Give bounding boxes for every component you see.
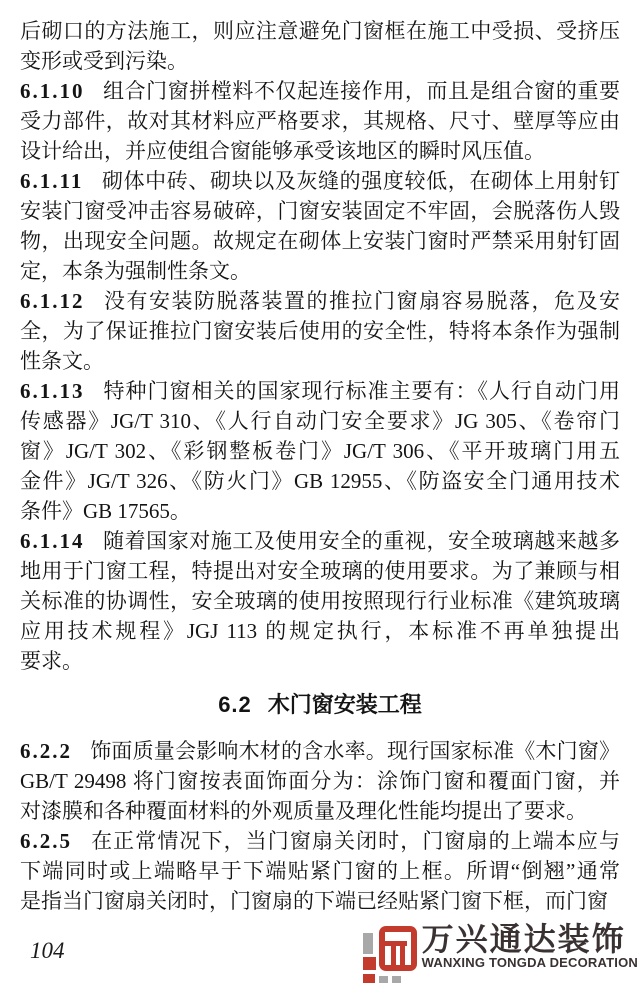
clause-number: 6.2.5 xyxy=(20,829,72,853)
text-line: 地用于门窗工程，特提出对安全玻璃的使用要求。为了兼顾与相 xyxy=(20,556,620,586)
logo-text-block: 万兴通达装饰 WANXING TONGDA DECORATION xyxy=(422,922,638,970)
line-text: 设计给出，并应使组合窗能够承受该地区的瞬时风压值。 xyxy=(20,139,545,163)
line-text: 全，为了保证推拉门窗安装后使用的安全性，特将本条作为强制 xyxy=(20,319,620,343)
line-text: 下端同时或上端略早于下端贴紧门窗的上框。所谓“倒翘”通常 xyxy=(20,859,620,883)
text-line: 物，出现安全问题。故规定在砌体上安装门窗时严禁采用射钉固 xyxy=(20,226,620,256)
text-line: 要求。 xyxy=(20,646,620,676)
line-text: 窗》JG/T 302、《彩钢整板卷门》JG/T 306、《平开玻璃门用五 xyxy=(20,439,620,463)
line-text: 特种门窗相关的国家现行标准主要有：《人行自动门用 xyxy=(103,379,621,403)
text-line: 下端同时或上端略早于下端贴紧门窗的上框。所谓“倒翘”通常 xyxy=(20,856,620,886)
clause-number: 6.1.10 xyxy=(20,79,85,103)
clause-number: 6.1.11 xyxy=(20,169,83,193)
section-heading-title: 木门窗安装工程 xyxy=(268,692,422,717)
line-text: 应用技术规程》JGJ 113 的规定执行，本标准不再单独提出 xyxy=(20,619,620,643)
text-line: 性条文。 xyxy=(20,346,620,376)
text-line: 窗》JG/T 302、《彩钢整板卷门》JG/T 306、《平开玻璃门用五 xyxy=(20,436,620,466)
paragraph-6.1.10: 6.1.10组合门窗拼樘料不仅起连接作用，而且是组合窗的重要受力部件，故对其材料… xyxy=(20,76,620,166)
paragraph-6.2.5: 6.2.5在正常情况下，当门窗扇关闭时，门窗扇的上端本应与下端同时或上端略早于下… xyxy=(20,826,620,916)
text-line: 设计给出，并应使组合窗能够承受该地区的瞬时风压值。 xyxy=(20,136,620,166)
text-line: 6.2.5在正常情况下，当门窗扇关闭时，门窗扇的上端本应与 xyxy=(20,826,620,856)
clause-number: 6.1.14 xyxy=(20,529,85,553)
text-line: 是指当门窗扇关闭时，门窗扇的下端已经贴紧门窗下框，而门窗 xyxy=(20,886,620,916)
document-page: 后砌口的方法施工，则应注意避免门窗框在施工中受损、受挤压变形或受到污染。6.1.… xyxy=(0,0,640,916)
line-text: 受力部件，故对其材料应严格要求，其规格、尺寸、壁厚等应由 xyxy=(20,109,620,133)
clause-number: 6.2.2 xyxy=(20,739,72,763)
text-line: 6.1.10组合门窗拼樘料不仅起连接作用，而且是组合窗的重要 xyxy=(20,76,620,106)
wanxing-tongda-logo-icon xyxy=(363,926,417,988)
text-line: 应用技术规程》JGJ 113 的规定执行，本标准不再单独提出 xyxy=(20,616,620,646)
line-text: 条件》GB 17565。 xyxy=(20,499,191,523)
clause-number: 6.1.12 xyxy=(20,289,85,313)
line-text: 对漆膜和各种覆面材料的外观质量及理化性能均提出了要求。 xyxy=(20,799,587,823)
paragraph-continued: 后砌口的方法施工，则应注意避免门窗框在施工中受损、受挤压变形或受到污染。 xyxy=(20,16,620,76)
text-line: GB/T 29498 将门窗按表面饰面分为：涂饰门窗和覆面门窗，并 xyxy=(20,766,620,796)
logo-english-name: WANXING TONGDA DECORATION xyxy=(422,956,638,970)
page-number: 104 xyxy=(30,938,65,964)
text-line: 对漆膜和各种覆面材料的外观质量及理化性能均提出了要求。 xyxy=(20,796,620,826)
paragraph-6.1.13: 6.1.13特种门窗相关的国家现行标准主要有：《人行自动门用传感器》JG/T 3… xyxy=(20,376,620,526)
section-heading-number: 6.2 xyxy=(218,692,252,717)
company-logo: 万兴通达装饰 WANXING TONGDA DECORATION xyxy=(363,922,638,988)
line-text: 变形或受到污染。 xyxy=(20,49,188,73)
line-text: 定，本条为强制性条文。 xyxy=(20,259,251,283)
line-text: 饰面质量会影响木材的含水率。现行国家标准《木门窗》 xyxy=(90,739,620,763)
line-text: 在正常情况下，当门窗扇关闭时，门窗扇的上端本应与 xyxy=(90,829,620,853)
text-line: 6.1.13特种门窗相关的国家现行标准主要有：《人行自动门用 xyxy=(20,376,620,406)
line-text: 金件》JG/T 326、《防火门》GB 12955、《防盗安全门通用技术 xyxy=(20,469,620,493)
paragraph-6.1.11: 6.1.11砌体中砖、砌块以及灰缝的强度较低，在砌体上用射钉安装门窗受冲击容易破… xyxy=(20,166,620,286)
text-line: 6.1.11砌体中砖、砌块以及灰缝的强度较低，在砌体上用射钉 xyxy=(20,166,620,196)
text-line: 定，本条为强制性条文。 xyxy=(20,256,620,286)
text-line: 全，为了保证推拉门窗安装后使用的安全性，特将本条作为强制 xyxy=(20,316,620,346)
text-line: 6.1.14随着国家对施工及使用安全的重视，安全玻璃越来越多 xyxy=(20,526,620,556)
paragraph-6.1.14: 6.1.14随着国家对施工及使用安全的重视，安全玻璃越来越多地用于门窗工程，特提… xyxy=(20,526,620,676)
line-text: 传感器》JG/T 310、《人行自动门安全要求》JG 305、《卷帘门 xyxy=(20,409,620,433)
text-line: 关标准的协调性，安全玻璃的使用按照现行行业标准《建筑玻璃 xyxy=(20,586,620,616)
line-text: 关标准的协调性，安全玻璃的使用按照现行行业标准《建筑玻璃 xyxy=(20,589,620,613)
text-line: 后砌口的方法施工，则应注意避免门窗框在施工中受损、受挤压 xyxy=(20,16,620,46)
text-line: 传感器》JG/T 310、《人行自动门安全要求》JG 305、《卷帘门 xyxy=(20,406,620,436)
line-text: 性条文。 xyxy=(20,349,104,373)
text-line: 6.2.2饰面质量会影响木材的含水率。现行国家标准《木门窗》 xyxy=(20,736,620,766)
paragraph-6.1.12: 6.1.12没有安装防脱落装置的推拉门窗扇容易脱落，危及安全，为了保证推拉门窗安… xyxy=(20,286,620,376)
section-heading: 6.2木门窗安装工程 xyxy=(20,690,620,720)
clause-number: 6.1.13 xyxy=(20,379,85,403)
paragraph-6.2.2: 6.2.2饰面质量会影响木材的含水率。现行国家标准《木门窗》GB/T 29498… xyxy=(20,736,620,826)
line-text: 要求。 xyxy=(20,649,83,673)
text-line: 条件》GB 17565。 xyxy=(20,496,620,526)
line-text: 物，出现安全问题。故规定在砌体上安装门窗时严禁采用射钉固 xyxy=(20,229,620,253)
text-line: 金件》JG/T 326、《防火门》GB 12955、《防盗安全门通用技术 xyxy=(20,466,620,496)
line-text: GB/T 29498 将门窗按表面饰面分为：涂饰门窗和覆面门窗，并 xyxy=(20,769,620,793)
text-line: 受力部件，故对其材料应严格要求，其规格、尺寸、壁厚等应由 xyxy=(20,106,620,136)
text-line: 变形或受到污染。 xyxy=(20,46,620,76)
line-text: 后砌口的方法施工，则应注意避免门窗框在施工中受损、受挤压 xyxy=(20,19,620,43)
text-line: 6.1.12没有安装防脱落装置的推拉门窗扇容易脱落，危及安 xyxy=(20,286,620,316)
line-text: 没有安装防脱落装置的推拉门窗扇容易脱落，危及安 xyxy=(103,289,621,313)
line-text: 是指当门窗扇关闭时，门窗扇的下端已经贴紧门窗下框，而门窗 xyxy=(20,889,608,913)
line-text: 安装门窗受冲击容易破碎，门窗安装固定不牢固，会脱落伤人毁 xyxy=(20,199,620,223)
line-text: 地用于门窗工程，特提出对安全玻璃的使用要求。为了兼顾与相 xyxy=(20,559,620,583)
text-line: 安装门窗受冲击容易破碎，门窗安装固定不牢固，会脱落伤人毁 xyxy=(20,196,620,226)
logo-chinese-name: 万兴通达装饰 xyxy=(422,922,638,956)
line-text: 随着国家对施工及使用安全的重视，安全玻璃越来越多 xyxy=(103,529,621,553)
line-text: 砌体中砖、砌块以及灰缝的强度较低，在砌体上用射钉 xyxy=(101,169,620,193)
line-text: 组合门窗拼樘料不仅起连接作用，而且是组合窗的重要 xyxy=(103,79,621,103)
